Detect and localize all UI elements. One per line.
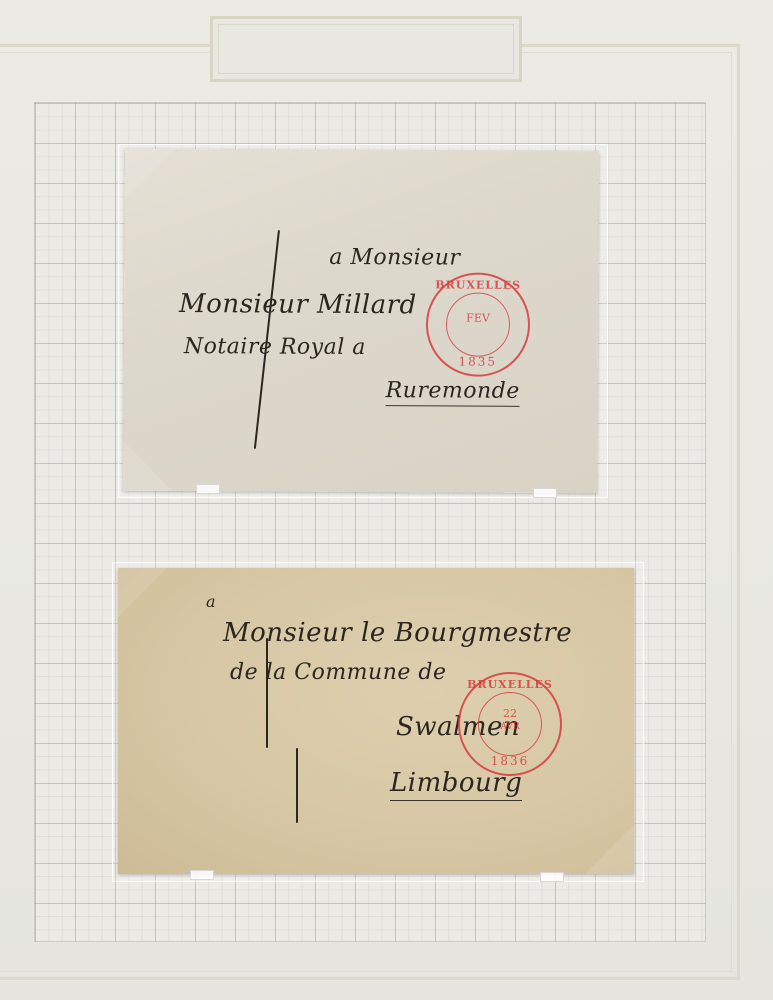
address-line-2: Monsieur Millard xyxy=(179,289,417,320)
postmark-bruxelles: BRUXELLES FEV 1835 xyxy=(426,272,531,377)
address-line-1: a Monsieur xyxy=(329,245,460,271)
postmark-month: FEV xyxy=(428,312,528,325)
postmark-town: BRUXELLES xyxy=(428,278,528,292)
fold-corner xyxy=(118,568,167,617)
fold-corner xyxy=(123,149,174,198)
postmark-day: 22 xyxy=(460,708,560,720)
address-line-3: Notaire Royal a xyxy=(184,334,366,360)
address-line-2: Monsieur le Bourgmestre xyxy=(223,618,572,648)
mount-tab xyxy=(533,488,557,498)
postmark-town: BRUXELLES xyxy=(460,678,560,691)
address-line-1: a xyxy=(206,592,216,611)
postmark-bruxelles: BRUXELLES 22 AVR 1836 xyxy=(458,672,562,776)
fold-corner xyxy=(123,441,172,493)
postmark-year: 1835 xyxy=(428,354,528,369)
title-plate xyxy=(210,16,522,82)
mount-tab xyxy=(540,872,564,882)
address-line-4: Ruremonde xyxy=(386,378,520,407)
album-page: a Monsieur Monsieur Millard Notaire Roya… xyxy=(0,0,773,1000)
address-line-3: de la Commune de xyxy=(230,660,447,685)
postmark-month: AVR xyxy=(460,721,560,733)
fold-corner xyxy=(585,825,634,874)
cover-2: a Monsieur le Bourgmestre de la Commune … xyxy=(118,568,634,874)
postmark-year: 1836 xyxy=(460,754,560,768)
rate-mark-stroke xyxy=(266,638,268,748)
cover-1: a Monsieur Monsieur Millard Notaire Roya… xyxy=(123,149,599,493)
rate-mark-stroke xyxy=(296,748,298,823)
mount-tab xyxy=(190,870,214,880)
mount-tab xyxy=(196,484,220,494)
